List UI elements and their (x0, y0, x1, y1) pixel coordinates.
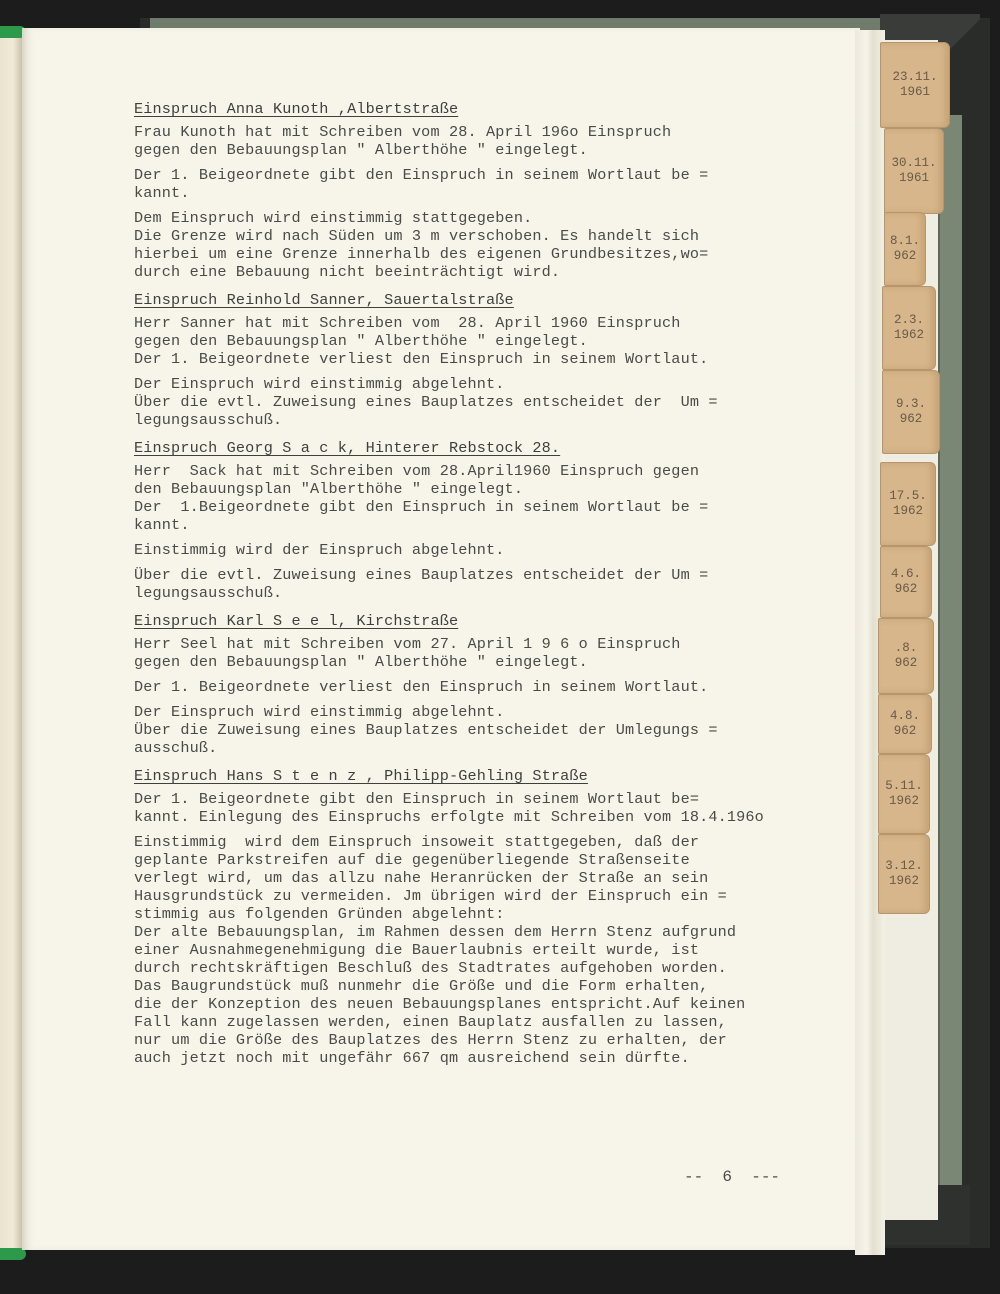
document-body: Einspruch Anna Kunoth ,Albertstraße Frau… (134, 100, 864, 1077)
paragraph: Über die evtl. Zuweisung eines Bauplatze… (134, 566, 864, 602)
index-tab-date: 2.3. (883, 313, 935, 328)
document-page: Einspruch Anna Kunoth ,Albertstraße Frau… (22, 28, 860, 1250)
paragraph: Einstimmig wird der Einspruch abgelehnt. (134, 541, 864, 559)
index-tab[interactable]: 5.11.1962 (878, 754, 930, 834)
index-tab-date: 4.8. (879, 709, 931, 724)
objection-section-sanner: Einspruch Reinhold Sanner, Sauertalstraß… (134, 291, 864, 429)
left-page-edge (0, 30, 22, 1250)
index-tab-date: 9.3. (883, 397, 939, 412)
paragraph: Der 1. Beigeordnete gibt den Einspruch i… (134, 790, 864, 826)
index-tab-year: 1961 (885, 171, 943, 186)
binder-green-edge (938, 115, 962, 1240)
index-tab-year: 962 (881, 582, 931, 597)
page-number: -- 6 --- (684, 1168, 780, 1186)
paragraph: Einstimmig wird dem Einspruch insoweit s… (134, 833, 864, 1067)
index-tab-date: 23.11. (881, 70, 949, 85)
index-tab[interactable]: 3.12.1962 (878, 834, 930, 914)
paragraph: Frau Kunoth hat mit Schreiben vom 28. Ap… (134, 123, 864, 159)
objection-section-kunoth: Einspruch Anna Kunoth ,Albertstraße Frau… (134, 100, 864, 281)
index-tab-year: 1962 (879, 874, 929, 889)
paragraph: Der Einspruch wird einstimmig abgelehnt.… (134, 703, 864, 757)
index-tab-date: 17.5. (881, 489, 935, 504)
section-heading: Einspruch Reinhold Sanner, Sauertalstraß… (134, 291, 514, 309)
index-tab[interactable]: 17.5.1962 (880, 462, 936, 546)
objection-section-stenz: Einspruch Hans S t e n z , Philipp-Gehli… (134, 767, 864, 1067)
index-tab[interactable]: .8.962 (878, 618, 934, 694)
section-heading: Einspruch Georg S a c k, Hinterer Rebsto… (134, 439, 560, 457)
index-tab-date: 30.11. (885, 156, 943, 171)
section-heading: Einspruch Hans S t e n z , Philipp-Gehli… (134, 767, 588, 785)
index-tab[interactable]: 4.6.962 (880, 546, 932, 618)
index-tab-date: 5.11. (879, 779, 929, 794)
paragraph: Der 1. Beigeordnete verliest den Einspru… (134, 678, 864, 696)
index-tab-year: 962 (883, 412, 939, 427)
section-heading: Einspruch Anna Kunoth ,Albertstraße (134, 100, 458, 118)
index-tab-year: 962 (879, 656, 933, 671)
index-tab-year: 962 (879, 724, 931, 739)
index-tab-date: 4.6. (881, 567, 931, 582)
index-tab-date: 8.1. (885, 234, 925, 249)
paragraph: Der 1. Beigeordnete gibt den Einspruch i… (134, 166, 864, 202)
index-tab[interactable]: 23.11.1961 (880, 42, 950, 128)
objection-section-sack: Einspruch Georg S a c k, Hinterer Rebsto… (134, 439, 864, 602)
objection-section-seel: Einspruch Karl S e e l, Kirchstraße Herr… (134, 612, 864, 757)
index-tab[interactable]: 8.1.962 (884, 212, 926, 286)
paragraph: Der Einspruch wird einstimmig abgelehnt.… (134, 375, 864, 429)
paragraph: Herr Seel hat mit Schreiben vom 27. Apri… (134, 635, 864, 671)
index-tab[interactable]: 9.3.962 (882, 370, 940, 454)
paragraph: Herr Sack hat mit Schreiben vom 28.April… (134, 462, 864, 534)
index-tab-date: 3.12. (879, 859, 929, 874)
index-tab-year: 1961 (881, 85, 949, 100)
section-heading: Einspruch Karl S e e l, Kirchstraße (134, 612, 458, 630)
index-tab-year: 962 (885, 249, 925, 264)
index-tab-year: 1962 (879, 794, 929, 809)
index-tab-year: 1962 (883, 328, 935, 343)
index-tab-year: 1962 (881, 504, 935, 519)
index-tab[interactable]: 2.3.1962 (882, 286, 936, 370)
index-tab[interactable]: 4.8.962 (878, 694, 932, 754)
paragraph: Herr Sanner hat mit Schreiben vom 28. Ap… (134, 314, 864, 368)
paragraph: Dem Einspruch wird einstimmig stattgegeb… (134, 209, 864, 281)
index-tab[interactable]: 30.11.1961 (884, 128, 944, 214)
index-tab-date: .8. (879, 641, 933, 656)
